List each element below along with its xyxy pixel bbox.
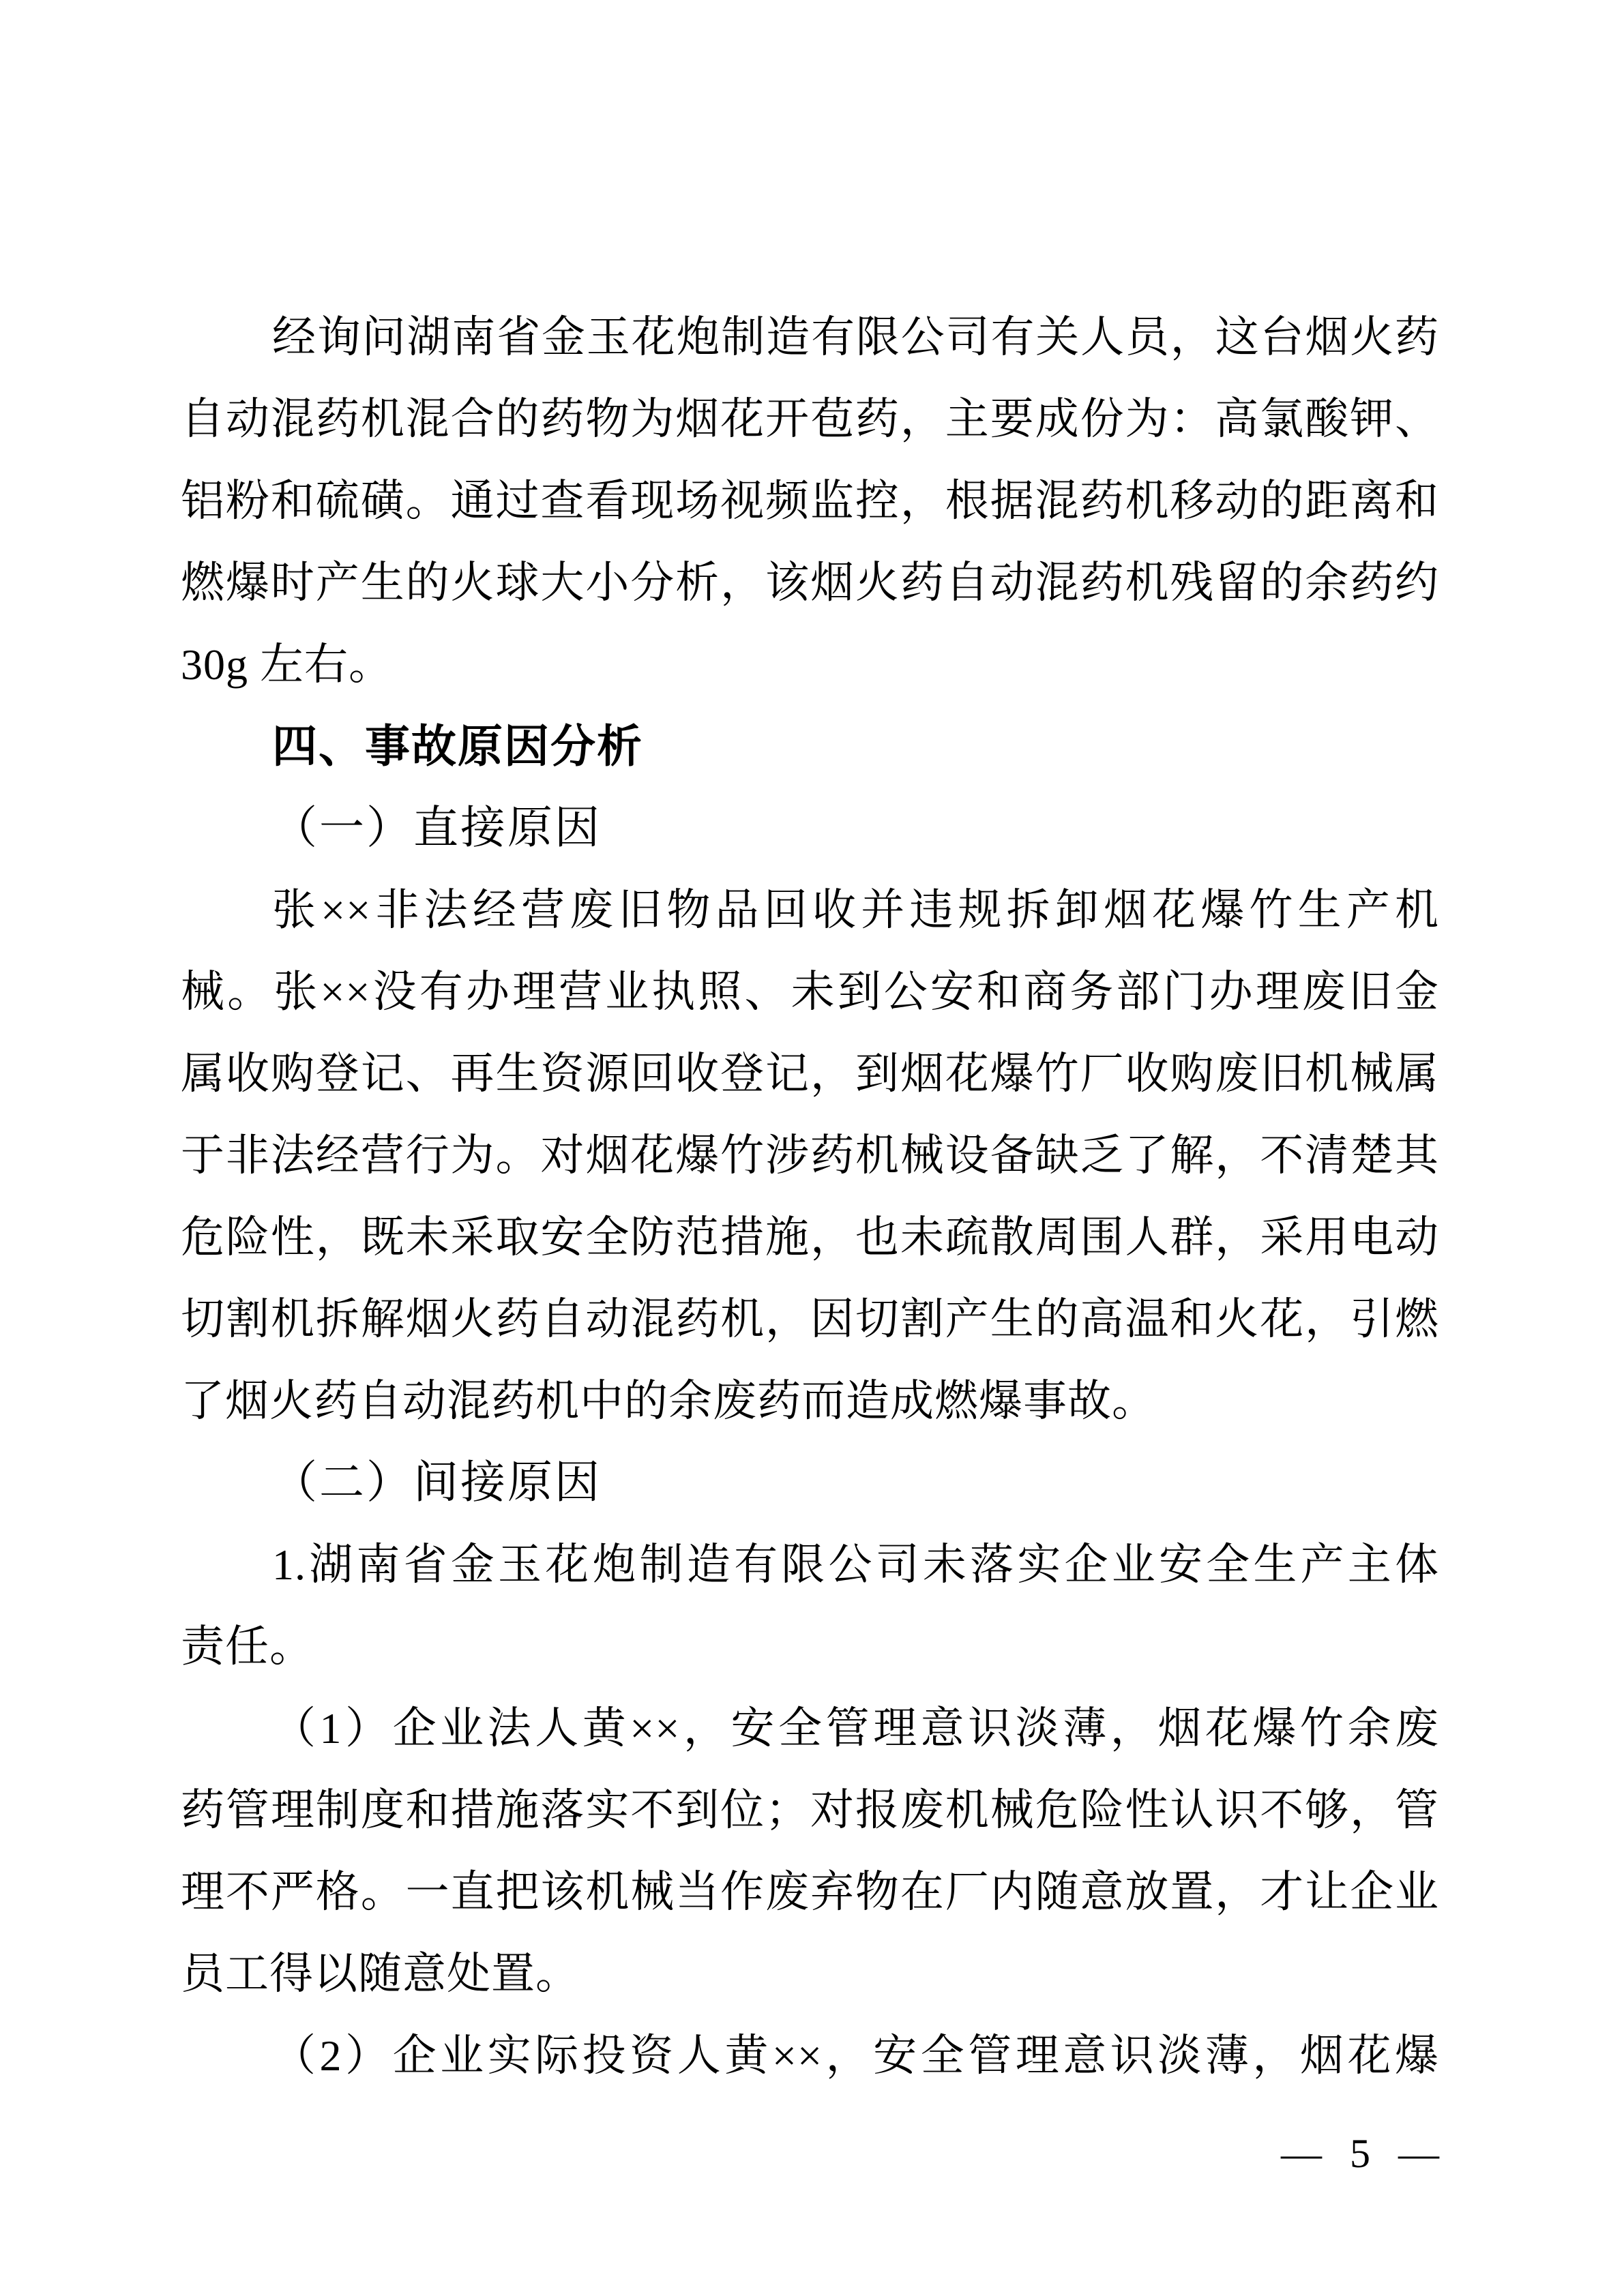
body-line: 经询问湖南省金玉花炮制造有限公司有关人员，这台烟火药 [181, 297, 1439, 378]
body-line: 药管理制度和措施落实不到位；对报废机械危险性认识不够，管 [181, 1770, 1439, 1851]
body-line: 张××非法经营废旧物品回收并违规拆卸烟花爆竹生产机 [181, 869, 1439, 951]
body-line: （2）企业实际投资人黄××，安全管理意识淡薄，烟花爆 [181, 2015, 1439, 2097]
subsection-heading-direct-cause: （一）直接原因 [181, 788, 1439, 869]
body-line: 属收购登记、再生资源回收登记，到烟花爆竹厂收购废旧机械属 [181, 1033, 1439, 1115]
body-line: 铝粉和硫磺。通过查看现场视频监控，根据混药机移动的距离和 [181, 460, 1439, 542]
body-line: 切割机拆解烟火药自动混药机，因切割产生的高温和火花，引燃 [181, 1279, 1439, 1360]
text-block: 经询问湖南省金玉花炮制造有限公司有关人员，这台烟火药 自动混药机混合的药物为烟花… [181, 297, 1439, 2097]
body-line: 燃爆时产生的火球大小分析，该烟火药自动混药机残留的余药约 [181, 542, 1439, 624]
body-line: 械。张××没有办理营业执照、未到公安和商务部门办理废旧金 [181, 951, 1439, 1033]
document-page: 经询问湖南省金玉花炮制造有限公司有关人员，这台烟火药 自动混药机混合的药物为烟花… [0, 0, 1624, 2296]
body-line: 自动混药机混合的药物为烟花开苞药，主要成份为：高氯酸钾、 [181, 378, 1439, 460]
body-line: 危险性，既未采取安全防范措施，也未疏散周围人群，采用电动 [181, 1197, 1439, 1279]
body-line: 1.湖南省金玉花炮制造有限公司未落实企业安全生产主体 [181, 1524, 1439, 1606]
body-line: 员工得以随意处置。 [181, 1933, 1439, 2015]
body-line: 于非法经营行为。对烟花爆竹涉药机械设备缺乏了解，不清楚其 [181, 1115, 1439, 1197]
page-number: — 5 — [1281, 2113, 1439, 2194]
body-line: 责任。 [181, 1606, 1439, 1688]
subsection-heading-indirect-cause: （二）间接原因 [181, 1442, 1439, 1524]
body-line: （1）企业法人黄××，安全管理意识淡薄，烟花爆竹余废 [181, 1688, 1439, 1770]
body-line: 了烟火药自动混药机中的余废药而造成燃爆事故。 [181, 1360, 1439, 1442]
body-line: 理不严格。一直把该机械当作废弃物在厂内随意放置，才让企业 [181, 1851, 1439, 1933]
section-heading: 四、事故原因分析 [181, 706, 1439, 788]
body-line: 30g 左右。 [181, 624, 1439, 706]
